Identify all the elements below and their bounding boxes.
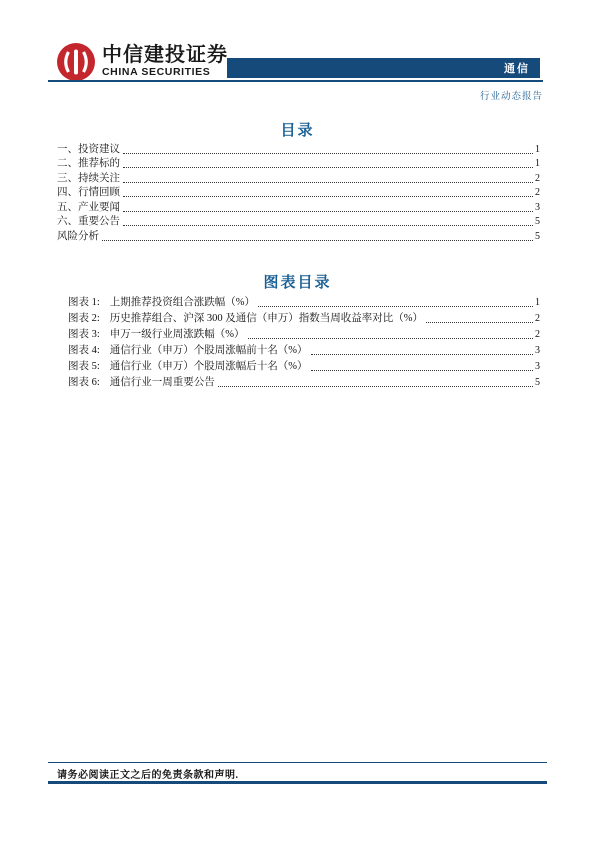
figure-item-desc: 历史推荐组合、沪深 300 及通信（申万）指数当周收益率对比（%） bbox=[110, 312, 423, 325]
toc-item[interactable]: 五、产业要闻 3 bbox=[57, 199, 540, 214]
toc-item[interactable]: 四、行情回顾 2 bbox=[57, 185, 540, 200]
figure-item-page: 1 bbox=[535, 296, 540, 309]
toc-item-page: 2 bbox=[535, 186, 540, 199]
brand-name-cn: 中信建投证券 bbox=[102, 44, 228, 66]
footer-divider-thin bbox=[48, 762, 547, 763]
figure-item-page: 3 bbox=[535, 360, 540, 373]
toc-item[interactable]: 三、持续关注 2 bbox=[57, 170, 540, 185]
dot-leader bbox=[123, 211, 533, 212]
sector-badge-label: 通信 bbox=[504, 60, 530, 76]
dot-leader bbox=[123, 225, 533, 226]
toc-list: 一、投资建议 1 二、推荐标的 1 三、持续关注 2 四、行情回顾 2 五、产业… bbox=[57, 141, 540, 243]
toc-item-page: 1 bbox=[535, 157, 540, 170]
toc-title: 目录 bbox=[0, 119, 595, 140]
toc-item[interactable]: 六、重要公告 5 bbox=[57, 214, 540, 229]
footer-disclaimer: 请务必阅读正文之后的免责条款和声明. bbox=[57, 766, 239, 781]
figure-item-page: 2 bbox=[535, 328, 540, 341]
toc-item-page: 1 bbox=[535, 143, 540, 156]
dot-leader bbox=[311, 370, 533, 371]
figure-item-page: 5 bbox=[535, 376, 540, 389]
figure-item-label: 图表 3: bbox=[68, 328, 100, 341]
dot-leader bbox=[123, 167, 533, 168]
toc-item-page: 5 bbox=[535, 230, 540, 243]
figure-item-desc: 上期推荐投资组合涨跌幅（%） bbox=[110, 296, 255, 309]
figure-toc-item[interactable]: 图表 3: 申万一级行业周涨跌幅（%） 2 bbox=[68, 325, 540, 341]
toc-item-label: 六、重要公告 bbox=[57, 215, 120, 228]
figure-item-desc: 申万一级行业周涨跌幅（%） bbox=[110, 328, 245, 341]
figure-item-label: 图表 4: bbox=[68, 344, 100, 357]
toc-item-label: 四、行情回顾 bbox=[57, 186, 120, 199]
figure-item-desc: 通信行业一周重要公告 bbox=[110, 376, 215, 389]
dot-leader bbox=[218, 386, 533, 387]
dot-leader bbox=[123, 182, 533, 183]
toc-item-label: 风险分析 bbox=[57, 230, 99, 243]
figure-item-page: 2 bbox=[535, 312, 540, 325]
figure-item-desc: 通信行业（申万）个股周涨幅前十名（%） bbox=[110, 344, 308, 357]
toc-item-page: 2 bbox=[535, 172, 540, 185]
figure-item-label: 图表 5: bbox=[68, 360, 100, 373]
citic-logo-icon bbox=[56, 42, 96, 82]
figure-toc-item[interactable]: 图表 4: 通信行业（申万）个股周涨幅前十名（%） 3 bbox=[68, 341, 540, 357]
figure-item-label: 图表 6: bbox=[68, 376, 100, 389]
page-header: 中信建投证券 CHINA SECURITIES 通信 行业动态报告 bbox=[0, 0, 595, 110]
figure-item-desc: 通信行业（申万）个股周涨幅后十名（%） bbox=[110, 360, 308, 373]
dot-leader bbox=[426, 322, 533, 323]
toc-item-page: 5 bbox=[535, 215, 540, 228]
toc-item-label: 一、投资建议 bbox=[57, 143, 120, 156]
figures-toc-list: 图表 1: 上期推荐投资组合涨跌幅（%） 1 图表 2: 历史推荐组合、沪深 3… bbox=[68, 293, 540, 389]
figure-toc-item[interactable]: 图表 1: 上期推荐投资组合涨跌幅（%） 1 bbox=[68, 293, 540, 309]
report-type-label: 行业动态报告 bbox=[480, 88, 543, 102]
figure-toc-item[interactable]: 图表 5: 通信行业（申万）个股周涨幅后十名（%） 3 bbox=[68, 357, 540, 373]
toc-item-label: 三、持续关注 bbox=[57, 172, 120, 185]
dot-leader bbox=[258, 306, 533, 307]
toc-item[interactable]: 风险分析 5 bbox=[57, 228, 540, 243]
dot-leader bbox=[102, 240, 533, 241]
figures-toc-title: 图表目录 bbox=[0, 271, 595, 292]
dot-leader bbox=[311, 354, 533, 355]
toc-item-label: 二、推荐标的 bbox=[57, 157, 120, 170]
report-page: 中信建投证券 CHINA SECURITIES 通信 行业动态报告 目录 一、投… bbox=[0, 0, 595, 842]
figure-item-page: 3 bbox=[535, 344, 540, 357]
figure-item-label: 图表 2: bbox=[68, 312, 100, 325]
figure-item-label: 图表 1: bbox=[68, 296, 100, 309]
company-logo: 中信建投证券 CHINA SECURITIES bbox=[56, 42, 228, 82]
toc-item[interactable]: 一、投资建议 1 bbox=[57, 141, 540, 156]
brand-name-en: CHINA SECURITIES bbox=[102, 66, 228, 79]
header-divider bbox=[48, 80, 543, 82]
dot-leader bbox=[123, 153, 533, 154]
brand-text: 中信建投证券 CHINA SECURITIES bbox=[102, 42, 228, 79]
figure-toc-item[interactable]: 图表 2: 历史推荐组合、沪深 300 及通信（申万）指数当周收益率对比（%） … bbox=[68, 309, 540, 325]
toc-item-page: 3 bbox=[535, 201, 540, 214]
dot-leader bbox=[248, 338, 533, 339]
figure-toc-item[interactable]: 图表 6: 通信行业一周重要公告 5 bbox=[68, 373, 540, 389]
toc-item-label: 五、产业要闻 bbox=[57, 201, 120, 214]
dot-leader bbox=[123, 196, 533, 197]
footer-divider-thick bbox=[48, 781, 547, 784]
sector-badge-bar: 通信 bbox=[227, 58, 540, 78]
toc-item[interactable]: 二、推荐标的 1 bbox=[57, 156, 540, 171]
